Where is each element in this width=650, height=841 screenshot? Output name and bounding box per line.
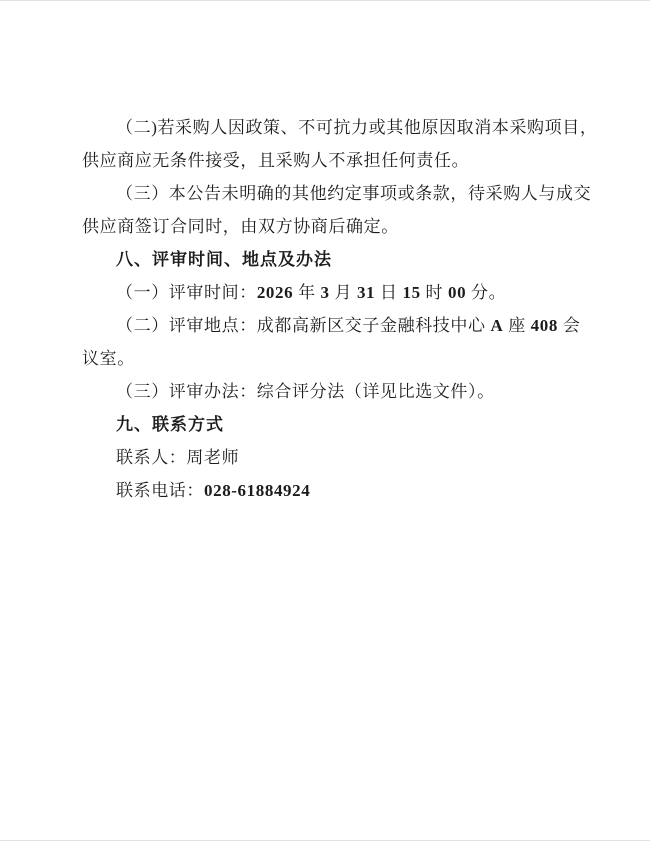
review-time-hour-unit: 时 bbox=[421, 283, 448, 302]
review-time-day-value: 31 bbox=[357, 283, 375, 302]
contact-phone-label: 联系电话： bbox=[116, 481, 204, 500]
review-place-line-2: 议室。 bbox=[82, 342, 582, 375]
contact-phone-number: 028-61884924 bbox=[204, 481, 310, 500]
paragraph-cancel-line-1: （二)若采购人因政策、不可抗力或其他原因取消本采购项目， bbox=[82, 111, 582, 144]
review-time-minute-value: 00 bbox=[448, 283, 466, 302]
review-method-line: （三）评审办法：综合评分法（详见比选文件）。 bbox=[82, 375, 582, 408]
review-time-month-value: 3 bbox=[321, 283, 330, 302]
review-time-year-value: 2026 bbox=[257, 283, 293, 302]
review-time-hour-value: 15 bbox=[402, 283, 420, 302]
section-9-heading: 九、联系方式 bbox=[82, 408, 582, 441]
review-place-room-value: 408 bbox=[531, 316, 558, 335]
review-time-line: （一）评审时间：2026 年 3 月 31 日 15 时 00 分。 bbox=[82, 276, 582, 309]
page-top-edge bbox=[0, 0, 650, 1]
review-place-label: （二）评审地点：成都高新区交子金融科技中心 bbox=[116, 316, 490, 335]
contact-person-line: 联系人：周老师 bbox=[82, 441, 582, 474]
paragraph-cancel-line-2: 供应商应无条件接受，且采购人不承担任何责任。 bbox=[82, 144, 582, 177]
section-8-heading: 八、评审时间、地点及办法 bbox=[82, 243, 582, 276]
review-time-label: （一）评审时间： bbox=[116, 283, 257, 302]
document-body: （二)若采购人因政策、不可抗力或其他原因取消本采购项目， 供应商应无条件接受，且… bbox=[82, 111, 582, 507]
review-time-year-unit: 年 bbox=[293, 283, 320, 302]
review-time-month-unit: 月 bbox=[330, 283, 357, 302]
review-place-line-1: （二）评审地点：成都高新区交子金融科技中心 A 座 408 会 bbox=[82, 309, 582, 342]
review-time-day-unit: 日 bbox=[375, 283, 402, 302]
review-place-building-value: A bbox=[490, 316, 503, 335]
paragraph-other-terms-line-2: 供应商签订合同时，由双方协商后确定。 bbox=[82, 210, 582, 243]
review-place-building-unit: 座 bbox=[503, 316, 530, 335]
review-place-room-unit: 会 bbox=[558, 316, 580, 335]
contact-phone-line: 联系电话：028-61884924 bbox=[82, 474, 582, 507]
document-page: （二)若采购人因政策、不可抗力或其他原因取消本采购项目， 供应商应无条件接受，且… bbox=[0, 0, 650, 841]
review-time-minute-unit: 分。 bbox=[466, 283, 506, 302]
paragraph-other-terms-line-1: （三）本公告未明确的其他约定事项或条款，待采购人与成交 bbox=[82, 177, 582, 210]
